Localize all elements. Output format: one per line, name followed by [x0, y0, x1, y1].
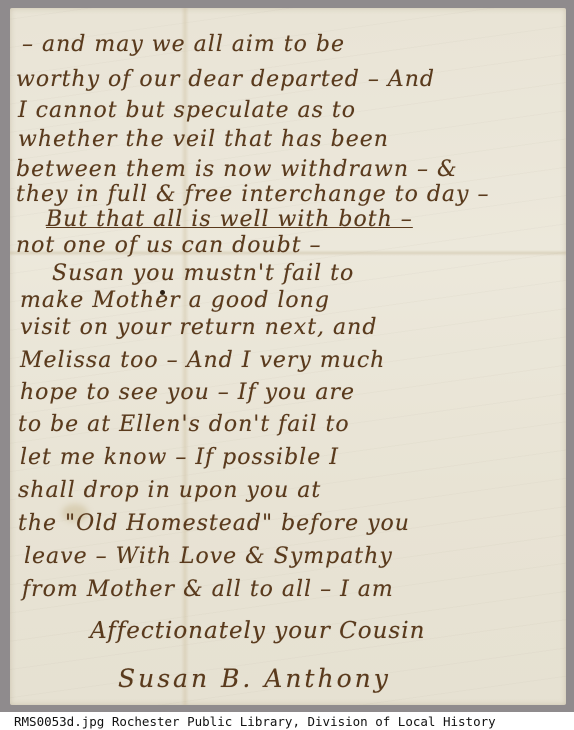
- letter-line-6: they in full & free interchange to day –: [16, 182, 489, 207]
- letter-signature: Susan B. Anthony: [118, 664, 391, 693]
- letter-line-19: from Mother & all to all – I am: [22, 577, 394, 602]
- letter-line-5: between them is now withdrawn – &: [16, 157, 458, 182]
- letter-line-16: shall drop in upon you at: [18, 478, 321, 503]
- letter-line-11: visit on your return next, and: [20, 315, 377, 340]
- letter-line-7: But that all is well with both –: [46, 207, 413, 232]
- letter-line-2: worthy of our dear departed – And: [16, 67, 435, 92]
- letter-line-8: not one of us can doubt –: [16, 233, 322, 258]
- letter-line-12: Melissa too – And I very much: [20, 348, 385, 373]
- letter-line-10: make Mother a good long: [20, 288, 330, 313]
- letter-page: – and may we all aim to be worthy of our…: [10, 8, 566, 705]
- letter-line-17: the "Old Homestead" before you: [18, 511, 410, 536]
- letter-closing: Affectionately your Cousin: [90, 618, 425, 644]
- letter-line-3: I cannot but speculate as to: [18, 98, 356, 123]
- letter-line-9: Susan you mustn't fail to: [52, 261, 354, 286]
- letter-line-13: hope to see you – If you are: [20, 380, 355, 405]
- letter-line-4: whether the veil that has been: [18, 127, 389, 152]
- scan-backdrop: – and may we all aim to be worthy of our…: [0, 0, 574, 712]
- letter-line-14: to be at Ellen's don't fail to: [18, 412, 350, 437]
- letter-line-1: – and may we all aim to be: [22, 32, 345, 57]
- letter-line-18: leave – With Love & Sympathy: [24, 544, 393, 569]
- letter-line-15: let me know – If possible I: [20, 445, 339, 470]
- image-caption: RMS0053d.jpg Rochester Public Library, D…: [14, 713, 496, 730]
